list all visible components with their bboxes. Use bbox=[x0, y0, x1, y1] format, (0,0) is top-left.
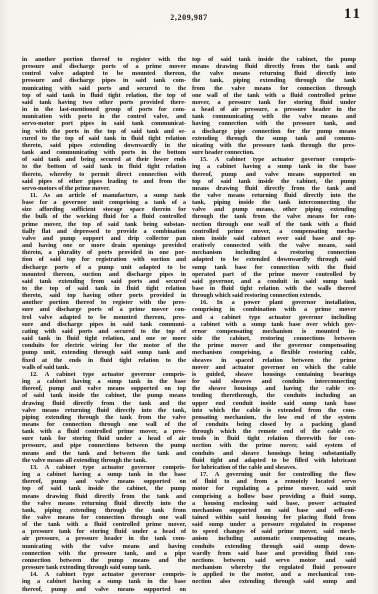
text-line-content: through which the remote end of the cabl… bbox=[192, 428, 356, 435]
text-line: cating with said ports and secured to th… bbox=[22, 328, 186, 335]
text-line-content: pressure and discharge pipes in said tan… bbox=[22, 77, 186, 84]
text-column-left: in another portion thereof to register w… bbox=[22, 56, 186, 593]
text-line-content: prime mover, the top of said tank being … bbox=[22, 221, 186, 228]
text-line: and a cabinet type actuator governor inc… bbox=[192, 314, 356, 321]
text-line-content: 15. A cabinet type actuator governor com… bbox=[200, 156, 356, 163]
text-line-content: nism inside said cabinet over said base … bbox=[192, 235, 356, 242]
text-line-content: size affording sufficient storage space … bbox=[22, 206, 186, 213]
text-line-content: servo-motor port pipes in said tank comm… bbox=[22, 120, 186, 127]
text-line-content: mover, a pressure tank for storing fluid… bbox=[192, 99, 356, 106]
text-line: to the top of said tank in fluid tight r… bbox=[22, 285, 186, 292]
text-line: said sump under a pressure regulated in … bbox=[192, 521, 356, 528]
text-line-content: mover and actuator governor on which the… bbox=[192, 364, 356, 371]
text-line: tends in fluid tight relation therewith … bbox=[192, 435, 356, 442]
text-line-content: the valve means returning fluid directly… bbox=[192, 192, 356, 199]
text-line: 12. A cabinet type actuator governor com… bbox=[22, 371, 186, 378]
text-line: motor for regulating a prime mover, said… bbox=[192, 485, 356, 492]
text-line-content: air pressure, a pressure header in the t… bbox=[22, 535, 186, 542]
text-line: ing a cabinet having a sump tank in the … bbox=[22, 378, 186, 385]
text-line-content: tained within said housing for placing f… bbox=[192, 514, 356, 521]
text-line-content: valve and pump support and drip collecto… bbox=[22, 235, 186, 242]
text-line: said governor, and a conduit in said sum… bbox=[192, 278, 356, 285]
text-line: pressure tank extending through said sum… bbox=[22, 564, 186, 571]
text-line: connection between the pump means and th… bbox=[22, 557, 186, 564]
text-line: mechanism supported on said base and sel… bbox=[192, 507, 356, 514]
text-line: the valve means returning fluid directly… bbox=[192, 70, 356, 77]
text-line: tained within said housing for placing f… bbox=[192, 514, 356, 521]
text-line: municating with said ports and secured t… bbox=[22, 85, 186, 92]
text-line-content: servo-motors of the prime mover. bbox=[22, 185, 110, 192]
text-line-content: cured to the top of said tank in fluid t… bbox=[22, 135, 186, 142]
text-line-content: adapted to be extended downwardly throug… bbox=[192, 256, 356, 263]
text-line-content: said tank extending from said ports and … bbox=[22, 278, 186, 285]
text-line-content: of said tank and being secured at their … bbox=[22, 156, 186, 163]
text-line-content: and a cabinet type actuator governor inc… bbox=[192, 314, 356, 321]
text-line: municating with the valve means and havi… bbox=[22, 543, 186, 550]
text-line: a cabinet with a sump tank base over whi… bbox=[192, 321, 356, 328]
text-line: pressure and discharge pipes in said tan… bbox=[22, 77, 186, 84]
text-line-content: the tank, piping extending through the t… bbox=[192, 77, 356, 84]
text-line-content: a head of air pressure, a pressure heade… bbox=[192, 106, 356, 113]
text-line: into which the cable is extended from th… bbox=[192, 407, 356, 414]
text-line: side the cabinet, restoring connections … bbox=[192, 335, 356, 342]
text-line-content: tank, piping extending through the tank … bbox=[22, 507, 186, 514]
text-line-content: connection between the pump means and th… bbox=[22, 557, 186, 564]
text-line: base in fluid tight relation with the wa… bbox=[192, 285, 356, 292]
text-line-content: 17. A governing unit for controlling the… bbox=[200, 471, 356, 478]
text-line: cured to the top of said tank in fluid t… bbox=[22, 135, 186, 142]
text-line-content: means drawing fluid directly from the ta… bbox=[192, 63, 356, 70]
text-line-content: trol valve adapted to be mounted thereon… bbox=[22, 314, 186, 321]
text-line-content: 13. A cabinet type actuator governor com… bbox=[30, 464, 186, 471]
text-line-content: ing a cabinet having a sump tank in the … bbox=[22, 471, 186, 478]
text-line: extending through the sump tank and comm… bbox=[192, 135, 356, 142]
text-line-content: into which the cable is extended from th… bbox=[192, 407, 356, 414]
text-line: ing a cabinet having a sump tank in the … bbox=[192, 163, 356, 170]
text-line: ernor compensating mechanism is mounted … bbox=[192, 328, 356, 335]
text-line: thereof, pump and valve means supported … bbox=[192, 171, 356, 178]
text-line-content: means for connection through one wall of… bbox=[22, 421, 186, 428]
text-line-content: walls of said tank. bbox=[22, 364, 69, 371]
text-line-content: fluid tight and adapted to be filled wit… bbox=[192, 457, 356, 464]
text-line: tending therethrough, the conduits inclu… bbox=[192, 392, 356, 399]
text-line: discharge ports of a pump unit adapted t… bbox=[22, 264, 186, 271]
text-line-content: pressure, and pipe connections between t… bbox=[22, 442, 186, 449]
text-line-content: tially flat and depressed to provide a c… bbox=[22, 228, 186, 235]
text-line: pressure and discharge ports of a prime … bbox=[22, 63, 186, 70]
text-line-content: nicating with the pressure tank through … bbox=[192, 142, 356, 149]
text-line-content: in another portion thereof to register w… bbox=[22, 56, 186, 63]
text-line-content: means drawing fluid directly from the ta… bbox=[22, 493, 186, 500]
text-line: one wall of the tank with a fluid contro… bbox=[192, 92, 356, 99]
text-line: thereto, said pipes extending downwardly… bbox=[22, 142, 186, 149]
text-line: through which said restoring connection … bbox=[192, 292, 356, 299]
text-line-content: upper end conduit inside said sump tank … bbox=[192, 400, 356, 407]
text-line-content: said pipes of other pipes leading to and… bbox=[22, 178, 186, 185]
text-line-content: tank communicating with the valve means … bbox=[192, 113, 356, 120]
text-line: having connection with the pressure tank… bbox=[192, 120, 356, 127]
text-line: said tank having two other ports provide… bbox=[22, 99, 186, 106]
text-line-content: the valve means for connection through o… bbox=[22, 514, 186, 521]
text-line: means drawing fluid directly from the ta… bbox=[192, 63, 356, 70]
text-line: tially flat and depressed to provide a c… bbox=[22, 228, 186, 235]
text-line-content: drawing fluid directly from the tank and… bbox=[22, 400, 186, 407]
text-line-content: in in the last-mentioned group of ports … bbox=[22, 106, 186, 113]
text-line: the valve means for connection through o… bbox=[22, 514, 186, 521]
text-line: thereof, pump and valve means supported … bbox=[22, 385, 186, 392]
text-line: from the valve means for connection thro… bbox=[192, 85, 356, 92]
text-line: for said sheaves and conduits interconne… bbox=[192, 378, 356, 385]
text-line-content: means and the tank and between the tank … bbox=[22, 450, 186, 457]
text-line-content: thereof, pump and valve means supported … bbox=[22, 478, 186, 485]
text-line-content: municating with the valve means and havi… bbox=[22, 543, 186, 550]
text-line-content: the prime mover and the governor compens… bbox=[192, 342, 356, 349]
text-line-content: having connection with the pressure tank… bbox=[192, 120, 356, 127]
text-line-content: thereof, pump and valve means supported … bbox=[22, 586, 186, 593]
text-line: means drawing fluid directly from the ta… bbox=[192, 185, 356, 192]
text-line-content: top of said tank inside the cabinet, the… bbox=[22, 485, 186, 492]
text-line: of said tank inside the cabinet, the pum… bbox=[22, 392, 186, 399]
text-line-content: mechanism comprising, a flexible restori… bbox=[192, 349, 356, 356]
text-line: base for a governor unit comprising a ta… bbox=[22, 199, 186, 206]
text-line: 17. A governing unit for controlling the… bbox=[192, 471, 356, 478]
text-line-content: pressure and discharge ports of a prime … bbox=[22, 63, 186, 70]
text-line-content: mechanism whereby the regulated fluid pr… bbox=[192, 564, 356, 571]
text-line: the valve means returning fluid directly… bbox=[192, 192, 356, 199]
text-line: mechanism including a restoring connecti… bbox=[192, 249, 356, 256]
text-line: nism inside said cabinet over said base … bbox=[192, 235, 356, 242]
text-line: 15. A cabinet type actuator governor com… bbox=[192, 156, 356, 163]
text-line: comprising in combination with a prime m… bbox=[192, 306, 356, 313]
text-line: top of said tank in fluid tight relation… bbox=[22, 92, 186, 99]
text-line: in in the last-mentioned group of ports … bbox=[22, 106, 186, 113]
text-line: controlled prime mover, a compensating m… bbox=[192, 228, 356, 235]
text-line: through which the remote end of the cabl… bbox=[192, 428, 356, 435]
text-line-content: one wall of the tank with a fluid contro… bbox=[192, 92, 356, 99]
text-line: valve and pump means, other piping exten… bbox=[192, 206, 356, 213]
text-line: another portion thereof to register with… bbox=[22, 299, 186, 306]
text-line-content: ing a cabinet having a sump tank in the … bbox=[192, 163, 356, 170]
text-line: air pressure, a pressure header in the t… bbox=[22, 535, 186, 542]
text-line-content: a pressure tank for storing fluid under … bbox=[22, 528, 186, 535]
text-line-content: nections between said servo motor and sa… bbox=[192, 557, 356, 564]
text-line: is applied to the motor, and a mechanica… bbox=[192, 571, 356, 578]
text-line: said pipes of other pipes leading to and… bbox=[22, 178, 186, 185]
text-line-content: cating with said ports and secured to th… bbox=[22, 328, 186, 335]
text-line: sure tank for storing fluid under a head… bbox=[22, 435, 186, 442]
text-line-content: to the top of said tank in fluid tight r… bbox=[22, 285, 186, 292]
text-line-content: 12. A cabinet type actuator governor com… bbox=[30, 371, 186, 378]
text-line: the valve means returning fluid directly… bbox=[22, 500, 186, 507]
text-line: a pressure tank for storing fluid under … bbox=[22, 528, 186, 535]
text-line-content: the sheave housings and having the cable… bbox=[192, 385, 356, 392]
text-line: a head of air pressure, a pressure heade… bbox=[192, 106, 356, 113]
text-line: walls of said tank. bbox=[22, 364, 186, 371]
patent-page: 2,209,987 11 in another portion thereof … bbox=[0, 0, 378, 594]
text-line: top of said tank inside the cabinet, the… bbox=[192, 56, 356, 63]
text-line: pensating mechanism, the low end of the … bbox=[192, 414, 356, 421]
text-line-content: of the tank with a fluid controlled prim… bbox=[22, 521, 186, 528]
text-line-content: the valve means returning fluid directly… bbox=[192, 70, 356, 77]
text-line: anism including automatic compensating m… bbox=[192, 535, 356, 542]
text-line-content: valve means returning fluid directly int… bbox=[22, 407, 186, 414]
text-line: nicating with the pressure tank through … bbox=[192, 142, 356, 149]
text-line: mover and actuator governor on which the… bbox=[192, 364, 356, 371]
text-line-content: operated part of the prime mover control… bbox=[192, 271, 356, 278]
text-line: to speed changes of said prime mover, sa… bbox=[192, 528, 356, 535]
text-line-content: controlled prime mover, a compensating m… bbox=[192, 228, 356, 235]
text-line: and having one or more drain openings pr… bbox=[22, 242, 186, 249]
text-line-content: of said tank inside the cabinet, the pum… bbox=[22, 392, 186, 399]
text-line-content: for lubrication of the cable and sheaves… bbox=[192, 464, 297, 471]
page-number: 11 bbox=[344, 6, 362, 23]
text-line-content: nection also extending through said sump… bbox=[192, 578, 356, 585]
text-line-content: mounted thereon, suction and discharge p… bbox=[22, 271, 186, 278]
text-line: sure and discharge ports of a prime move… bbox=[22, 306, 186, 313]
text-line: top of said tank inside the cabinet, the… bbox=[22, 485, 186, 492]
text-line-content: thereof, pump and valve means supported … bbox=[192, 171, 356, 178]
text-line: means drawing fluid directly from the ta… bbox=[22, 493, 186, 500]
text-line: conduits for electric wiring for the mot… bbox=[22, 342, 186, 349]
text-line-content: nection through one wall of the tank wit… bbox=[192, 221, 356, 228]
text-line: control valve adapted to be mounted ther… bbox=[22, 70, 186, 77]
text-line-content: thereto, said top having other ports pro… bbox=[22, 292, 186, 299]
text-line: thereto, said top having other ports pro… bbox=[22, 292, 186, 299]
text-line: conduits extending through said sump dow… bbox=[192, 543, 356, 550]
text-line: trol valve adapted to be mounted thereon… bbox=[22, 314, 186, 321]
text-line: thereto, whereby to permit direct connec… bbox=[22, 171, 186, 178]
text-line: tank, piping extending through the tank … bbox=[22, 507, 186, 514]
text-line-content: discharge ports of a pump unit adapted t… bbox=[22, 264, 186, 271]
text-line: is guided, sheave housings containing be… bbox=[192, 371, 356, 378]
text-line: 16. In a power plant governor installati… bbox=[192, 299, 356, 306]
text-line: piping extending through the tank from t… bbox=[22, 414, 186, 421]
text-line: ing with the ports in the top of said ta… bbox=[22, 128, 186, 135]
text-line: in another portion thereof to register w… bbox=[22, 56, 186, 63]
text-line-content: tion of said top for registration with s… bbox=[22, 256, 186, 263]
text-line-content: pressure tank extending through said sum… bbox=[22, 564, 151, 571]
text-line: pressure, and pipe connections between t… bbox=[22, 442, 186, 449]
text-line: therein, a plurality of ports provided i… bbox=[22, 249, 186, 256]
text-line-content: said governor, and a conduit in said sum… bbox=[192, 278, 356, 285]
text-line: nection through one wall of the tank wit… bbox=[192, 221, 356, 228]
text-line-content: is applied to the motor, and a mechanica… bbox=[192, 571, 356, 578]
text-line-content: thereto, said pipes extending downwardly… bbox=[22, 142, 186, 149]
text-line: prime mover, the top of said tank being … bbox=[22, 221, 186, 228]
text-line: 14. A cabinet type actuator governor com… bbox=[22, 571, 186, 578]
text-line: to the bottom of said tank in fluid tigh… bbox=[22, 163, 186, 170]
text-line-content: sure header connection. bbox=[192, 149, 254, 156]
text-line: sure header connection. bbox=[192, 149, 356, 156]
text-line: mounted thereon, suction and discharge p… bbox=[22, 271, 186, 278]
text-line: for lubrication of the cable and sheaves… bbox=[192, 464, 356, 471]
text-line-content: tending therethrough, the conduits inclu… bbox=[192, 392, 356, 399]
text-line: ing a cabinet having a sump tank in the … bbox=[22, 578, 186, 585]
text-column-right: top of said tank inside the cabinet, the… bbox=[192, 56, 356, 593]
text-columns: in another portion thereof to register w… bbox=[22, 56, 356, 593]
text-line-content: ing a cabinet having a sump tank in the … bbox=[22, 578, 186, 585]
text-line-content: said tank having two other ports provide… bbox=[22, 99, 186, 106]
text-line-content: sure and discharge ports of a prime move… bbox=[22, 306, 186, 313]
text-line: the prime mover and the governor compens… bbox=[192, 342, 356, 349]
text-line-content: sump tank base for connection with the f… bbox=[192, 264, 356, 271]
text-line-content: sheaves in spaced relation between the p… bbox=[192, 357, 356, 364]
text-line-content: base for a governor unit comprising a ta… bbox=[22, 199, 186, 206]
text-line: means and the tank and between the tank … bbox=[22, 450, 186, 457]
text-line: wardly from said base and providing flui… bbox=[192, 550, 356, 557]
text-line: of said tank and being secured at their … bbox=[22, 156, 186, 163]
text-line-content: the valve means all extending through th… bbox=[22, 457, 147, 464]
text-line-content: municating with said ports and secured t… bbox=[22, 85, 186, 92]
text-line-content: piping extending through the tank from t… bbox=[22, 414, 186, 421]
text-line-content: of fluid to and from a remotely located … bbox=[192, 478, 356, 485]
text-line-content: conduits and sheave housings being subst… bbox=[192, 450, 356, 457]
text-line: operated part of the prime mover control… bbox=[192, 271, 356, 278]
text-line: comprising a hollow base providing a flu… bbox=[192, 493, 356, 500]
text-line-content: said tank in fluid tight relation, and o… bbox=[22, 335, 186, 342]
text-line: nection with the prime mover, said syste… bbox=[192, 442, 356, 449]
text-line-content: thereof, pump and valve means supported … bbox=[22, 385, 186, 392]
text-line: valve and pump support and drip collecto… bbox=[22, 235, 186, 242]
text-line: of the tank with a fluid controlled prim… bbox=[22, 521, 186, 528]
text-line: sure and discharge pipes in said tank co… bbox=[22, 321, 186, 328]
text-line-content: top of said tank in fluid tight relation… bbox=[22, 92, 186, 99]
text-line: through the tank from the valve means fo… bbox=[192, 213, 356, 220]
text-line-content: of conduits being closed by a packing gl… bbox=[192, 421, 356, 428]
text-line-content: 14. A cabinet type actuator governor com… bbox=[30, 571, 186, 578]
text-line-content: from the valve means for connection thro… bbox=[192, 85, 356, 92]
text-line-content: a cabinet with a sump tank base over whi… bbox=[192, 321, 356, 328]
text-line: of conduits being closed by a packing gl… bbox=[192, 421, 356, 428]
text-line-content: fixed at the ends in fluid tight relatio… bbox=[22, 357, 186, 364]
text-line-content: tends in fluid tight relation therewith … bbox=[192, 435, 356, 442]
text-line: sheaves in spaced relation between the p… bbox=[192, 357, 356, 364]
text-line: munication with ports in the control val… bbox=[22, 113, 186, 120]
text-line-content: anism including automatic compensating m… bbox=[192, 535, 356, 542]
text-line-content: through which said restoring connection … bbox=[192, 292, 321, 299]
text-line: mechanism comprising, a flexible restori… bbox=[192, 349, 356, 356]
text-line-content: a discharge pipe connection for the pump… bbox=[192, 128, 356, 135]
text-line-content: nection with the prime mover, said syste… bbox=[192, 442, 356, 449]
text-line: fluid tight and adapted to be filled wit… bbox=[192, 457, 356, 464]
text-line-content: connection with the pressure tank, and a… bbox=[22, 550, 186, 557]
text-line-content: pump unit, extending through said sump t… bbox=[22, 349, 186, 356]
text-line-content: a housing enclosing said base, power act… bbox=[192, 500, 356, 507]
text-line: eratively connected with the valve means… bbox=[192, 242, 356, 249]
text-line: ing a cabinet having a sump tank in the … bbox=[22, 471, 186, 478]
text-line-content: means drawing fluid directly from the ta… bbox=[192, 185, 356, 192]
text-line-content: and having one or more drain openings pr… bbox=[22, 242, 186, 249]
text-line-content: another portion thereof to register with… bbox=[22, 299, 186, 306]
text-line: the tank, piping extending through the t… bbox=[192, 77, 356, 84]
text-line: fixed at the ends in fluid tight relatio… bbox=[22, 357, 186, 364]
text-line: means for connection through one wall of… bbox=[22, 421, 186, 428]
text-line: nection also extending through said sump… bbox=[192, 578, 356, 585]
text-line-content: base in fluid tight relation with the wa… bbox=[192, 285, 356, 292]
text-line-content: tank, piping inside the tank interconnec… bbox=[192, 199, 356, 206]
text-line-content: sure tank for storing fluid under a head… bbox=[22, 435, 186, 442]
text-line: tank with a fluid controlled prime mover… bbox=[22, 428, 186, 435]
text-line-content: conduits for electric wiring for the mot… bbox=[22, 342, 186, 349]
text-line: thereof, pump and valve means supported … bbox=[22, 478, 186, 485]
text-line-content: through the tank from the valve means fo… bbox=[192, 213, 356, 220]
text-line: thereof, pump and valve means supported … bbox=[22, 586, 186, 593]
text-line-content: mechanism supported on said base and sel… bbox=[192, 507, 356, 514]
text-line: connection with the pressure tank, and a… bbox=[22, 550, 186, 557]
text-line: size affording sufficient storage space … bbox=[22, 206, 186, 213]
text-line: servo-motors of the prime mover. bbox=[22, 185, 186, 192]
text-line-content: extending through the sump tank and comm… bbox=[192, 135, 356, 142]
text-line: 13. A cabinet type actuator governor com… bbox=[22, 464, 186, 471]
text-line: valve means returning fluid directly int… bbox=[22, 407, 186, 414]
text-line-content: eratively connected with the valve means… bbox=[192, 242, 356, 249]
text-line-content: munication with ports in the control val… bbox=[22, 113, 186, 120]
text-line: sump tank base for connection with the f… bbox=[192, 264, 356, 271]
text-line-content: wardly from said base and providing flui… bbox=[192, 550, 356, 557]
text-line-content: is guided, sheave housings containing be… bbox=[192, 371, 356, 378]
text-line-content: the bulk of the working fluid for a flui… bbox=[22, 213, 186, 220]
text-line: the valve means all extending through th… bbox=[22, 457, 186, 464]
text-line-content: ing a cabinet having a sump tank in the … bbox=[22, 378, 186, 385]
text-line: upper end conduit inside said sump tank … bbox=[192, 400, 356, 407]
text-line: servo-motor port pipes in said tank comm… bbox=[22, 120, 186, 127]
text-line-content: the valve means returning fluid directly… bbox=[22, 500, 186, 507]
text-line: mechanism whereby the regulated fluid pr… bbox=[192, 564, 356, 571]
text-line-content: to speed changes of said prime mover, sa… bbox=[192, 528, 356, 535]
text-line-content: top of said tank inside the cabinet, the… bbox=[192, 178, 356, 185]
text-line-content: valve and pump means, other piping exten… bbox=[192, 206, 356, 213]
text-line: drawing fluid directly from the tank and… bbox=[22, 400, 186, 407]
text-line-content: comprising in combination with a prime m… bbox=[192, 306, 356, 313]
text-line: tank communicating with the valve means … bbox=[192, 113, 356, 120]
text-line-content: said sump under a pressure regulated in … bbox=[192, 521, 356, 528]
text-line: the sheave housings and having the cable… bbox=[192, 385, 356, 392]
text-line: of fluid to and from a remotely located … bbox=[192, 478, 356, 485]
text-line: mover, a pressure tank for storing fluid… bbox=[192, 99, 356, 106]
text-line: top of said tank inside the cabinet, the… bbox=[192, 178, 356, 185]
text-line-content: ing with the ports in the top of said ta… bbox=[22, 128, 186, 135]
text-line-content: ernor compensating mechanism is mounted … bbox=[192, 328, 356, 335]
text-line-content: mechanism including a restoring connecti… bbox=[192, 249, 356, 256]
text-line-content: 16. In a power plant governor installati… bbox=[200, 299, 356, 306]
page-header: 2,209,987 11 bbox=[0, 0, 378, 40]
text-line-content: to the bottom of said tank in fluid tigh… bbox=[22, 163, 186, 170]
text-line: said tank extending from said ports and … bbox=[22, 278, 186, 285]
text-line: tion of said top for registration with s… bbox=[22, 256, 186, 263]
text-line-content: tank with a fluid controlled prime mover… bbox=[22, 428, 186, 435]
text-line: 11. As an article of manufacture, a sump… bbox=[22, 192, 186, 199]
text-line-content: top of said tank inside the cabinet, the… bbox=[192, 56, 356, 63]
text-line-content: sure and discharge pipes in said tank co… bbox=[22, 321, 186, 328]
text-line: adapted to be extended downwardly throug… bbox=[192, 256, 356, 263]
text-line-content: tank and communicating with ports in the… bbox=[22, 149, 186, 156]
text-line-content: comprising a hollow base providing a flu… bbox=[192, 493, 356, 500]
text-line-content: 11. As an article of manufacture, a sump… bbox=[30, 192, 186, 199]
text-line-content: control valve adapted to be mounted ther… bbox=[22, 70, 186, 77]
text-line-content: side the cabinet, restoring connections … bbox=[192, 335, 356, 342]
text-line: the bulk of the working fluid for a flui… bbox=[22, 213, 186, 220]
text-line: a discharge pipe connection for the pump… bbox=[192, 128, 356, 135]
text-line-content: thereto, whereby to permit direct connec… bbox=[22, 171, 186, 178]
text-line-content: pensating mechanism, the low end of the … bbox=[192, 414, 356, 421]
text-line: pump unit, extending through said sump t… bbox=[22, 349, 186, 356]
text-line: conduits and sheave housings being subst… bbox=[192, 450, 356, 457]
text-line: a housing enclosing said base, power act… bbox=[192, 500, 356, 507]
text-line-content: therein, a plurality of ports provided i… bbox=[22, 249, 186, 256]
text-line-content: conduits extending through said sump dow… bbox=[192, 543, 356, 550]
text-line: tank, piping inside the tank interconnec… bbox=[192, 199, 356, 206]
text-line: tank and communicating with ports in the… bbox=[22, 149, 186, 156]
